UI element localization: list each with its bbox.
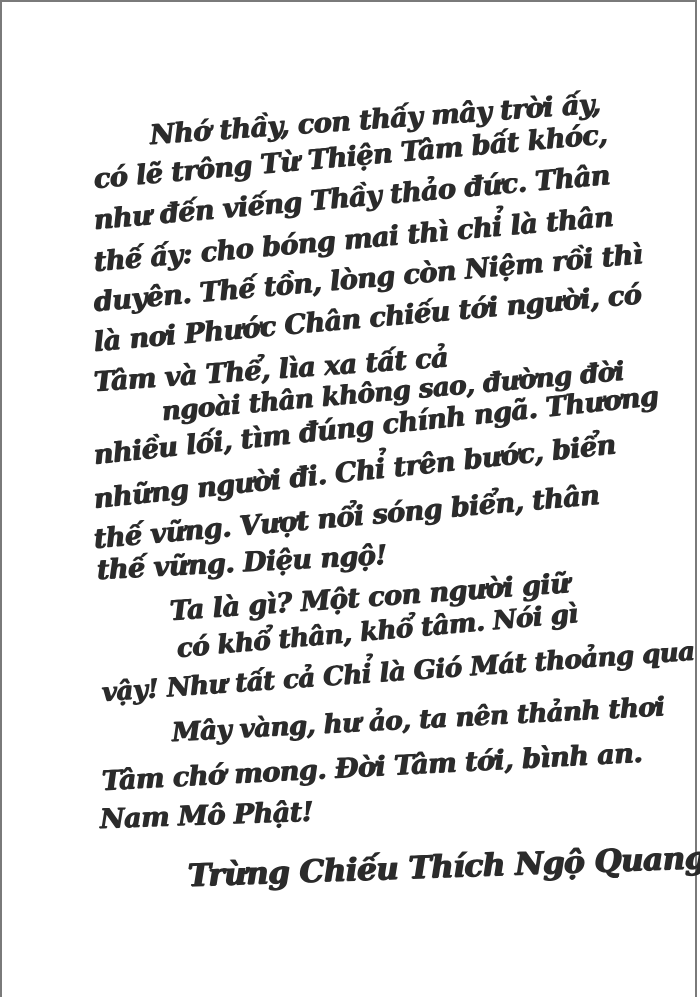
handwritten-line: Nam Mô Phật! [99,797,313,835]
handwritten-letter-body: Nhớ thầy, con thấy mây trời ấy,có lẽ trô… [2,2,695,997]
signature: Trừng Chiếu Thích Ngộ Quang [187,840,700,894]
manuscript-page: Nhớ thầy, con thấy mây trời ấy,có lẽ trô… [0,0,697,997]
